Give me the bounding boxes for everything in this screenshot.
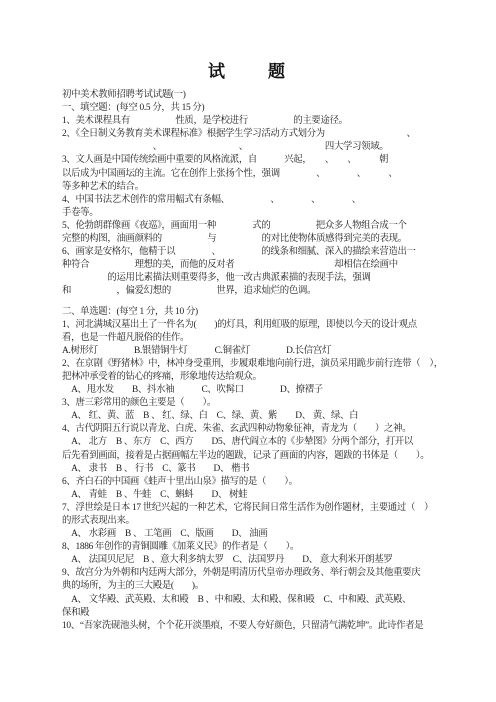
text-line: 5、伦勃朗群像画《夜巡》，画面用一种 式的 把众多人物组合成一个: [62, 220, 492, 233]
text-line: 3、唐三彩常用的颜色主要是（ ）。: [62, 397, 492, 410]
text-line: 4、古代阴阳五行说以青龙、白虎、朱雀、玄武四种动物象征神，青龙为（ ）之神。: [62, 423, 492, 436]
text-line: 1、河北满城汉墓出土了一件名为( )的灯具，利用虹吸的原理，即使以今天的设计观点: [62, 319, 492, 332]
text-line: 完整的构图，油画颜料的 与 的对比使物体质感得到完美的表现。: [62, 233, 492, 246]
text-line: 二、单选题：(每空 1 分，共 10 分): [62, 306, 492, 319]
text-line: 以后成为中国画坛的主流。它在创作上张扬个性，强调 、 、 、: [62, 168, 492, 181]
text-line: A、 法国贝尼尼 B 、意大利多纳太罗 C、法国罗丹 D、 意大利米开朗基罗: [62, 554, 492, 567]
text-line: A、 隶书 B 、 行书 C、篆书 D、 楷书: [62, 463, 492, 476]
exam-paper-page: 试 题 初中美术教师招聘考试试题(一)一、填空题：(每空 0.5 分，共 15 …: [0, 0, 496, 702]
text-line: 保和殿: [62, 607, 492, 620]
text-line: 8、1886 年创作的青铜圆雕《加莱义民》的作者是（ ）。: [62, 541, 492, 554]
text-line: 后先看到画面，接着是占据画幅左半边的题跋，记录了画面的内容，题跋的书体是（ ）。: [62, 450, 492, 463]
text-line: 把林冲承受着的钻心的疼痛，形象地传达给观众。: [62, 371, 492, 384]
text-line: 7、浮世绘是日本 17 世纪兴起的一种艺术，它将民间日常生活作为创作题材，主要通…: [62, 502, 492, 515]
text-line: 2、在京剧《野猪林》中，林冲身受重刑，步履艰难地向前行进，演员采用跪步前行连带（…: [62, 358, 492, 371]
text-line: 3、文人画是中国传统绘画中重要的风格流派，自 兴起， 、 、 朝: [62, 154, 492, 167]
text-line: 和 ，偏爱幻想的 世界，追求灿烂的色调。: [62, 285, 492, 298]
text-line: 看，也是一件超凡脱俗的佳作。: [62, 332, 492, 345]
text-line: 4、中国书法艺术创作的常用幅式有条幅、 、 、 、: [62, 194, 492, 207]
text-line: 等多种艺术的结合。: [62, 181, 492, 194]
text-line: 1、美术课程具有 性质，是学校进行 的主要途径。: [62, 115, 492, 128]
text-line: A、 文华殿、武英殿、太和殿 B 、中和殿、太和殿、保和殿 C、中和殿、武英殿、: [62, 594, 492, 607]
text-line: 9、故宫分为外朝和内廷两大部分，外朝是明清历代皇帝办理政务、举行朝会及其他重要庆: [62, 567, 492, 580]
text-line: A、 北方 B 、东方 C、西方 D5、唐代阎立本的《步辇图》分两个部分，打开以: [62, 436, 492, 449]
text-line: A、 青蛙 B 、牛蛙 C、蝌蚪 D、 树蛙: [62, 489, 492, 502]
text-line: 6、画家是安格尔，他精于以 、 的线条和细腻、深入的描绘来营造出一: [62, 246, 492, 259]
text-line: A.树形灯 B.银错铜牛灯 C.铜雀灯 D.长信宫灯: [62, 345, 492, 358]
blank-line: [62, 299, 492, 306]
text-line: 2、《全日制义务教育美术课程标准》根据学生学习活动方式划分为 、: [62, 128, 492, 141]
text-line: A、 红、黄、蓝 B 、 红、绿、白 C、绿、黄、紫 D、 黄、绿、白: [62, 410, 492, 423]
text-line: 种符合 理想的美，而他的反对者 却相信在绘画中: [62, 259, 492, 272]
text-line: 的运用比素描法则重要得多，他一改古典派素描的表现手法，强调: [62, 272, 492, 285]
text-line: 典的场所，为主的三大殿是( )。: [62, 580, 492, 593]
text-line: A、 水彩画 B 、 工笔画 C、版画 D、 油画: [62, 528, 492, 541]
exam-title: 试 题: [0, 57, 496, 82]
text-line: A、甩水发 B、抖水袖 C、吹髯口 D、撩褶子: [62, 384, 492, 397]
text-line: 的形式表现出来。: [62, 515, 492, 528]
text-line: 手卷等。: [62, 207, 492, 220]
text-line: 10、“吾家洗砚池头树，个个花开淡墨痕，不要人夸好颜色，只留清气满乾坤”。此诗作…: [62, 620, 492, 633]
text-line: 6、齐白石的中国画《蛙声十里出山泉》描写的是（ ）。: [62, 476, 492, 489]
document-body: 初中美术教师招聘考试试题(一)一、填空题：(每空 0.5 分，共 15 分)1、…: [62, 89, 492, 633]
text-line: 、 、 四大学习领域。: [62, 141, 492, 154]
text-line: 初中美术教师招聘考试试题(一): [62, 89, 492, 102]
text-line: 一、填空题：(每空 0.5 分，共 15 分): [62, 102, 492, 115]
